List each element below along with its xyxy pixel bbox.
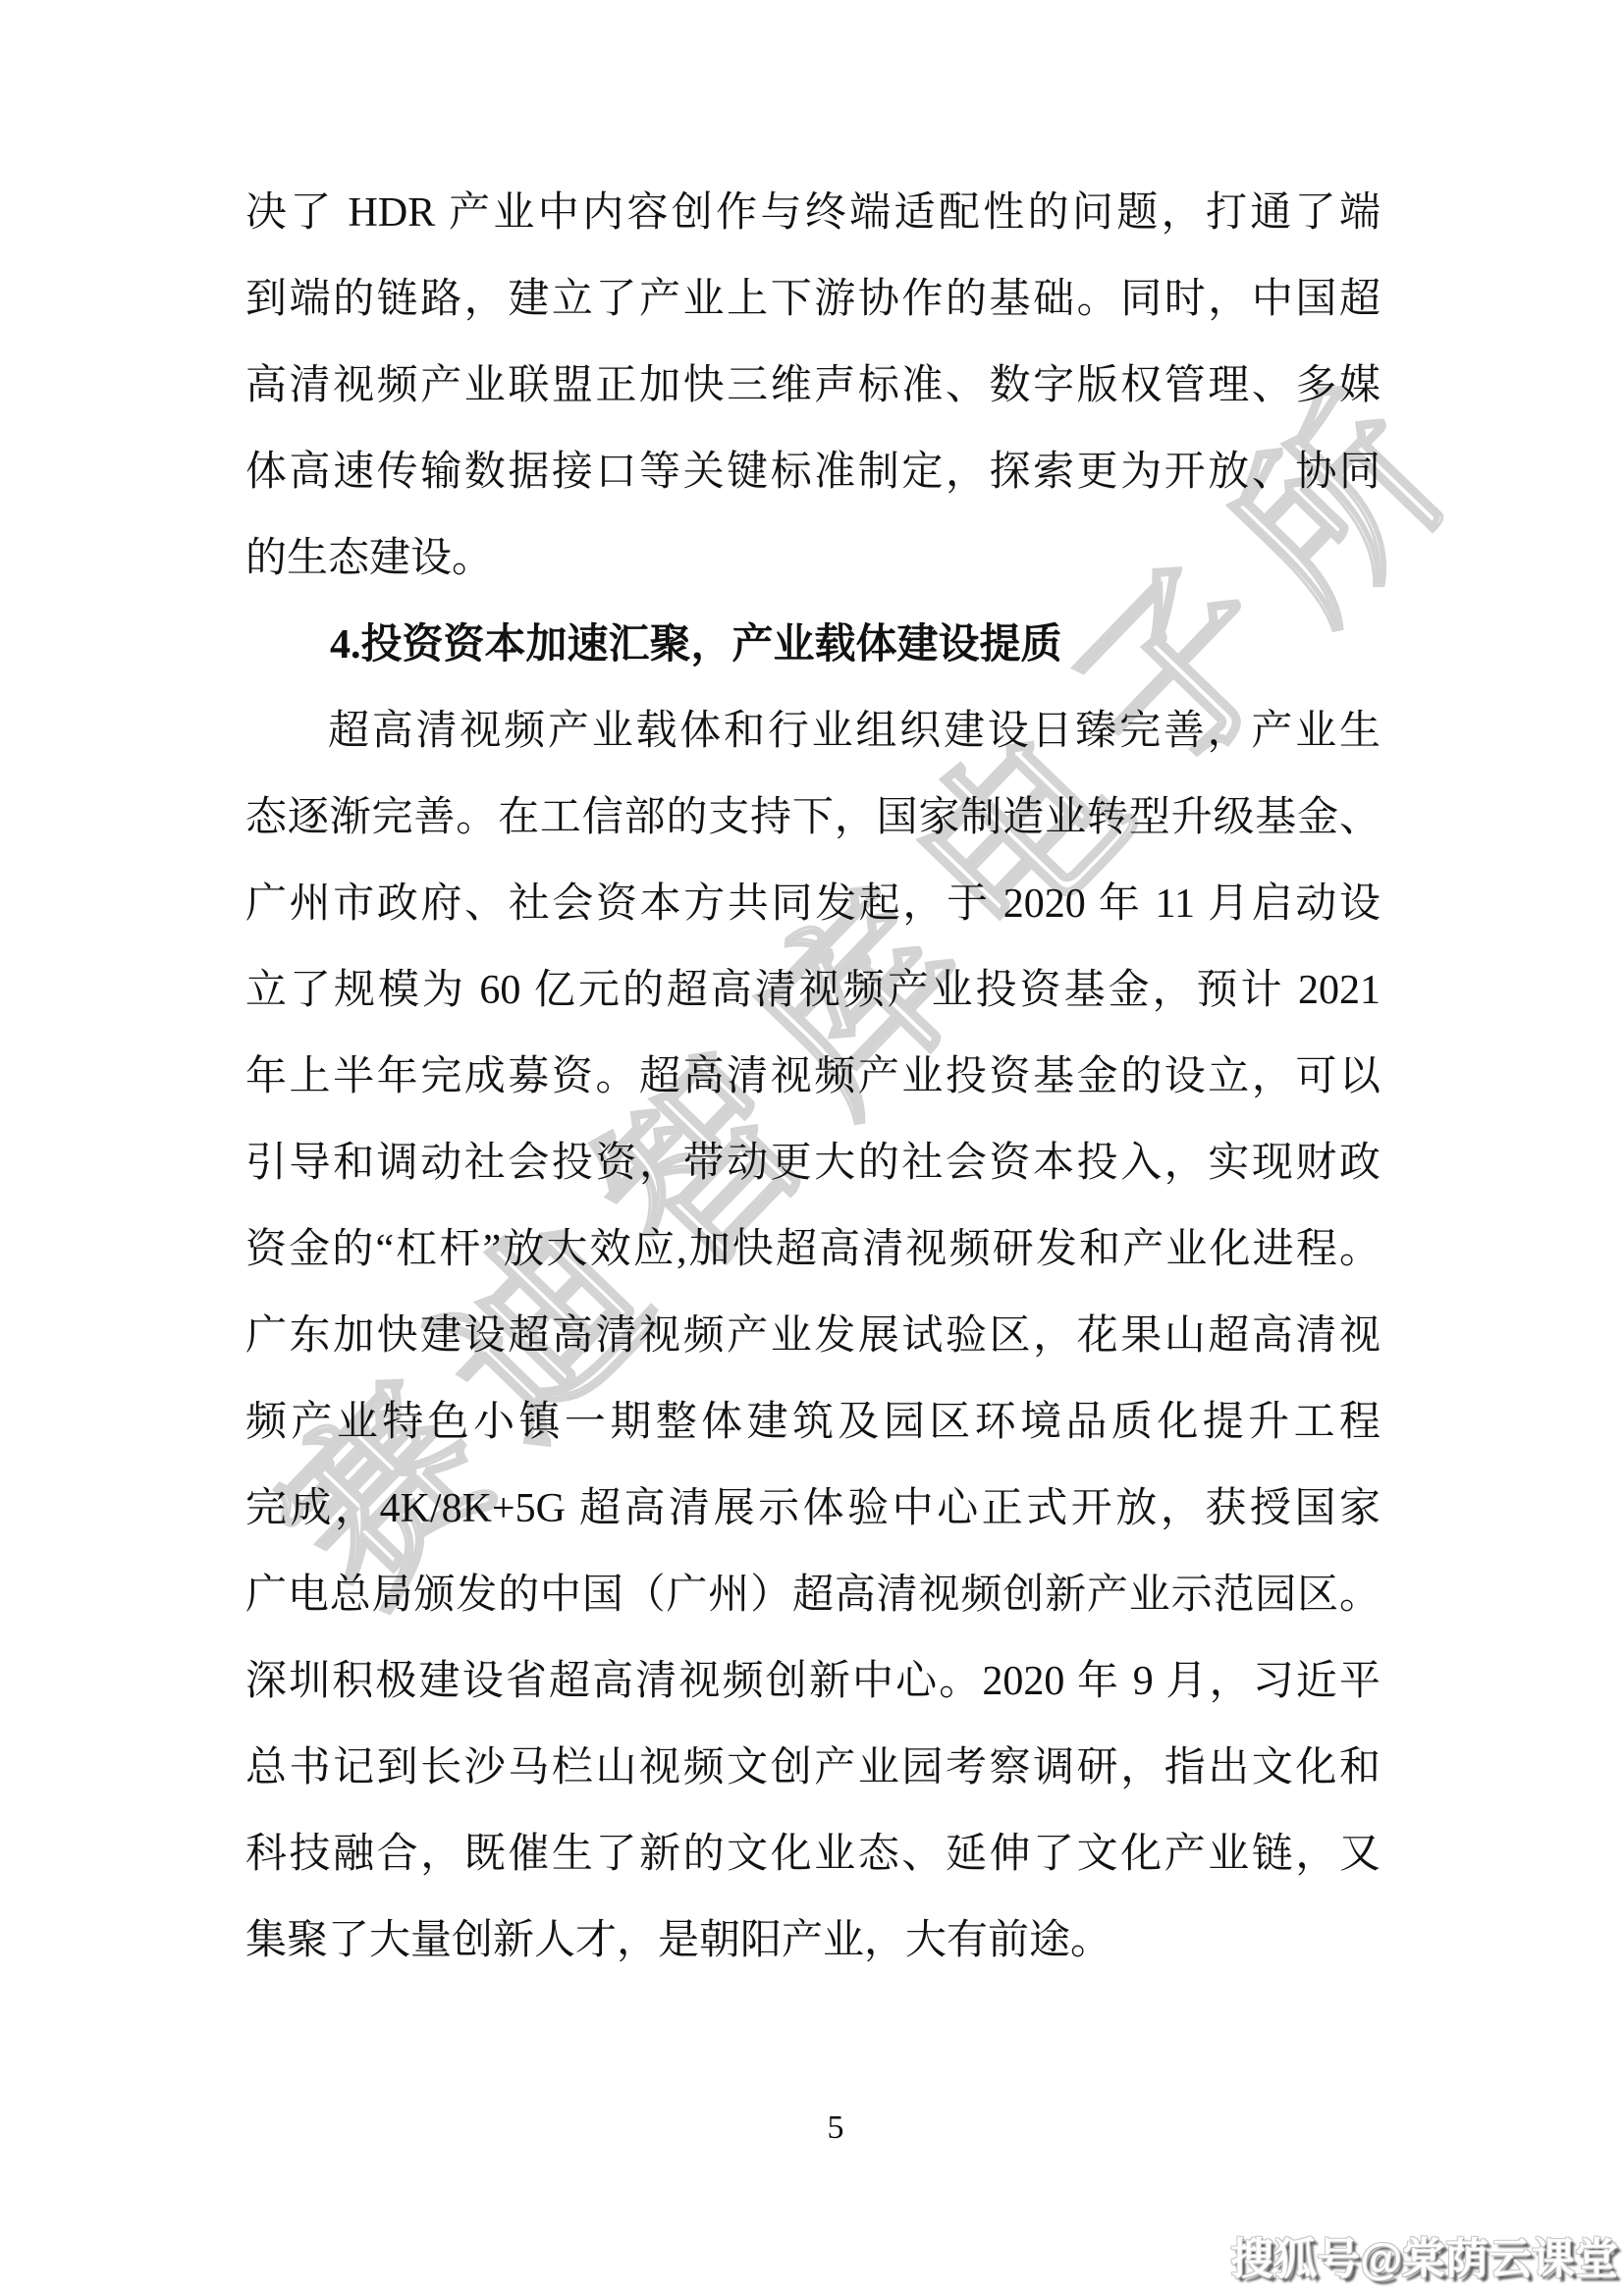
paragraph-line: 年上半年完成募资。超高清视频产业投资基金的设立，可以 [245, 1034, 1380, 1120]
paragraph-line: 资金的“杠杆”放大效应,加快超高清视频研发和产业化进程。 [245, 1206, 1380, 1293]
paragraph-line: 广东加快建设超高清视频产业发展试验区，花果山超高清视 [245, 1293, 1380, 1379]
paragraph-line: 到端的链路，建立了产业上下游协作的基础。同时，中国超 [245, 256, 1380, 343]
paragraph-line: 决了 HDR 产业中内容创作与终端适配性的问题，打通了端 [245, 170, 1380, 256]
paragraph-line: 高清视频产业联盟正加快三维声标准、数字版权管理、多媒 [245, 343, 1380, 429]
paragraph-line: 集聚了大量创新人才，是朝阳产业，大有前途。 [245, 1897, 1380, 1984]
paragraph-line: 完成，4K/8K+5G 超高清展示体验中心正式开放，获授国家 [245, 1466, 1380, 1552]
paragraph-line: 频产业特色小镇一期整体建筑及园区环境品质化提升工程 [245, 1379, 1380, 1466]
paragraph-line: 深圳积极建设省超高清视频创新中心。2020 年 9 月，习近平 [245, 1638, 1380, 1725]
paragraph-line: 态逐渐完善。在工信部的支持下，国家制造业转型升级基金、 [245, 774, 1380, 861]
paragraph-line: 的生态建设。 [245, 515, 1380, 602]
footer-watermark: 搜狐号@棠荫云课堂 [1230, 2234, 1618, 2285]
paragraph-line: 立了规模为 60 亿元的超高清视频产业投资基金，预计 2021 [245, 947, 1380, 1034]
paragraph-line: 广电总局颁发的中国（广州）超高清视频创新产业示范园区。 [245, 1552, 1380, 1638]
paragraph-line: 引导和调动社会投资，带动更大的社会资本投入，实现财政 [245, 1120, 1380, 1206]
paragraph-line: 超高清视频产业载体和行业组织建设日臻完善，产业生 [245, 688, 1380, 774]
paragraph-line: 总书记到长沙马栏山视频文创产业园考察调研，指出文化和 [245, 1725, 1380, 1811]
paragraph-line: 科技融合，既催生了新的文化业态、延伸了文化产业链，又 [245, 1811, 1380, 1897]
paragraph-line: 体高速传输数据接口等关键标准制定，探索更为开放、协同 [245, 429, 1380, 515]
document-page: 赛迪智库电子所 决了 HDR 产业中内容创作与终端适配性的问题，打通了端 到端的… [0, 0, 1624, 2296]
section-heading: 4.投资资本加速汇聚，产业载体建设提质 [245, 602, 1380, 688]
paragraph-line: 广州市政府、社会资本方共同发起，于 2020 年 11 月启动设 [245, 861, 1380, 947]
page-number: 5 [0, 2109, 1624, 2148]
body-text: 决了 HDR 产业中内容创作与终端适配性的问题，打通了端 到端的链路，建立了产业… [245, 170, 1380, 1984]
